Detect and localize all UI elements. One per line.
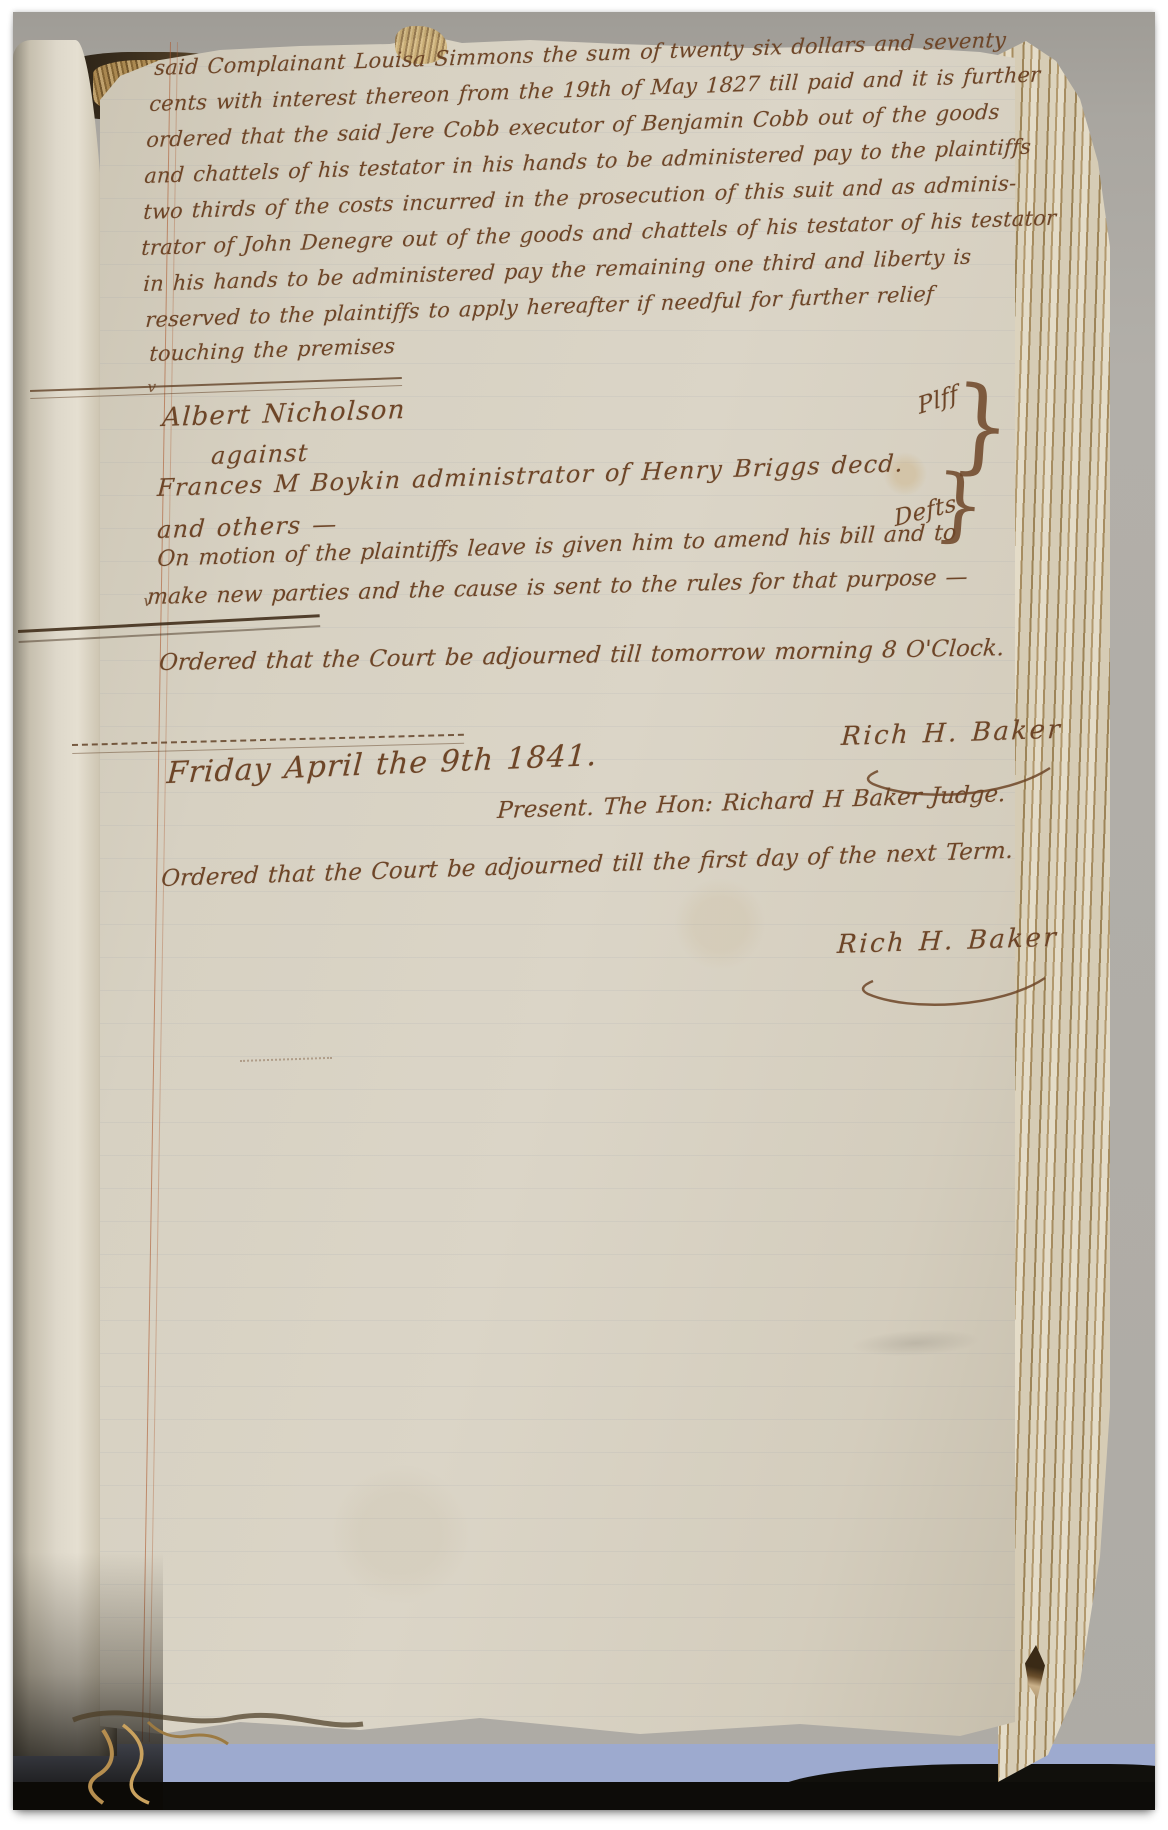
manuscript-photo: said Complainant Louisa Simmons the sum … xyxy=(13,12,1155,1810)
binding-threads xyxy=(63,1690,373,1808)
screenshot-root: { "ink_color": "#6d4527", "paper_color":… xyxy=(0,0,1168,1830)
case-versus: against xyxy=(210,439,309,470)
margin-tick: v xyxy=(143,592,152,610)
signature-flourish xyxy=(850,972,1055,1017)
